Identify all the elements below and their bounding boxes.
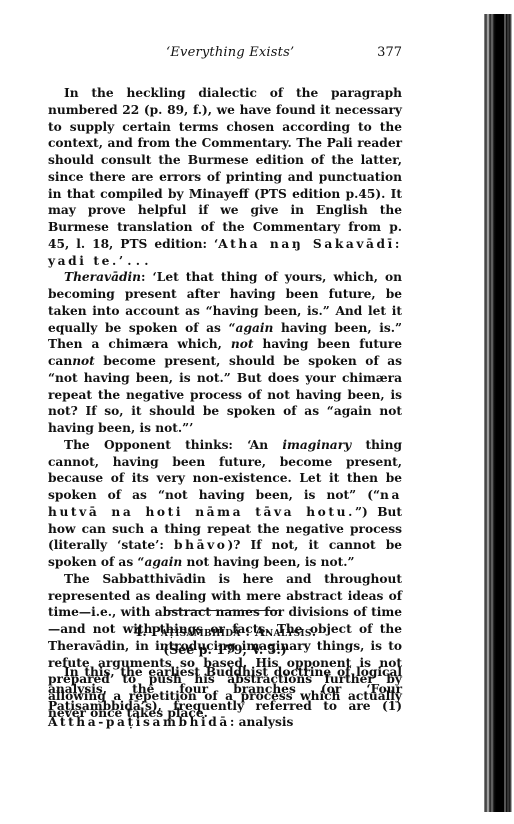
italic-text: again [144, 555, 182, 569]
section-number: 4. [134, 624, 147, 639]
text-run: not having been, is not.” [182, 555, 354, 569]
italic-text: Theravādin [64, 270, 141, 284]
pali-term: bhāvo [174, 538, 228, 552]
text-run: In this, the earliest Buddhist doctrine … [48, 665, 402, 713]
text-run: The Opponent thinks: ‘An [64, 438, 282, 452]
paragraph: In the heckling dialectic of the paragra… [48, 85, 402, 269]
paragraph: The Opponent thinks: ‘An imaginary thing… [48, 437, 402, 571]
italic-text: not [72, 354, 95, 368]
section-reference: (See p. 179, V. 5.) [48, 642, 402, 657]
text-run: ’ . . . [119, 254, 149, 268]
text-run: : analysis [230, 715, 293, 729]
text-run: become present, should be spoken of as “… [48, 354, 402, 435]
section-divider-rule [166, 610, 278, 611]
paragraph: In this, the earliest Buddhist doctrine … [48, 664, 402, 731]
text-run: In the heckling dialectic of the paragra… [48, 86, 402, 251]
pali-term: Attha-paṭisambhidā [48, 715, 230, 729]
paragraph: Theravādin: ‘Let that thing of yours, wh… [48, 269, 402, 437]
running-title: ‘Everything Exists’ [166, 45, 294, 60]
section-heading: 4. Paṭisambhidā : Analysis. [48, 624, 402, 639]
section-body-text: In this, the earliest Buddhist doctrine … [48, 664, 402, 731]
book-binding-edge [484, 14, 512, 812]
section-title: Paṭisambhidā : Analysis. [151, 624, 316, 639]
italic-text: imaginary [282, 438, 351, 452]
italic-text: not [231, 337, 254, 351]
running-head: ‘Everything Exists’ 377 [48, 45, 402, 65]
italic-text: again [236, 321, 274, 335]
page-number: 377 [377, 45, 402, 60]
